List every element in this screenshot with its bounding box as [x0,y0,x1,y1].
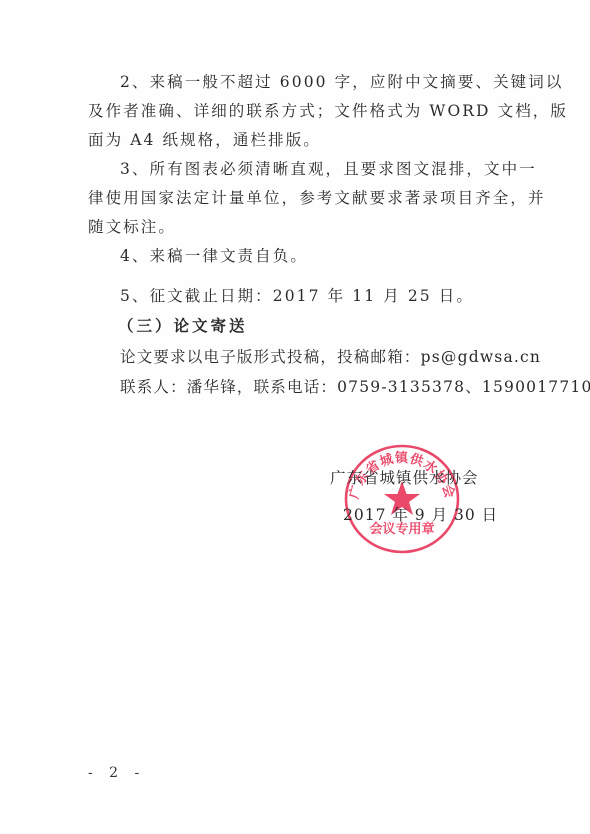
paragraph-line: 随文标注。 [88,217,176,237]
signature-organization: 广东省城镇供水协会 [330,468,479,488]
paragraph-line: 5、征文截止日期：2017 年 11 月 25 日。 [120,286,474,306]
paragraph-line: 4、来稿一律文责自负。 [120,246,308,266]
signature-date: 2017 年 9 月 30 日 [343,505,498,525]
page-number: - 2 - [88,765,145,781]
paragraph-line: 3、所有图表必须清晰直观，且要求图文混排，文中一 [120,159,537,179]
submission-email-line: 论文要求以电子版形式投稿，投稿邮箱：ps@gdwsa.cn [120,347,541,367]
paragraph-line: 及作者准确、详细的联系方式；文件格式为 WORD 文档，版 [88,101,568,121]
section-heading: （三）论文寄送 [118,316,248,336]
contact-line: 联系人：潘华锋，联系电话：0759-3135378、15900177100 [120,377,590,397]
paragraph-line: 面为 A4 纸规格，通栏排版。 [88,130,321,150]
official-seal-stamp: 广东省城镇供水协会 会议专用章 [342,443,462,555]
paragraph-line: 律使用国家法定计量单位，参考文献要求著录项目齐全，并 [88,188,546,208]
document-page: 2、来稿一般不超过 6000 字，应附中文摘要、关键词以 及作者准确、详细的联系… [0,0,590,834]
paragraph-line: 2、来稿一般不超过 6000 字，应附中文摘要、关键词以 [120,72,563,92]
